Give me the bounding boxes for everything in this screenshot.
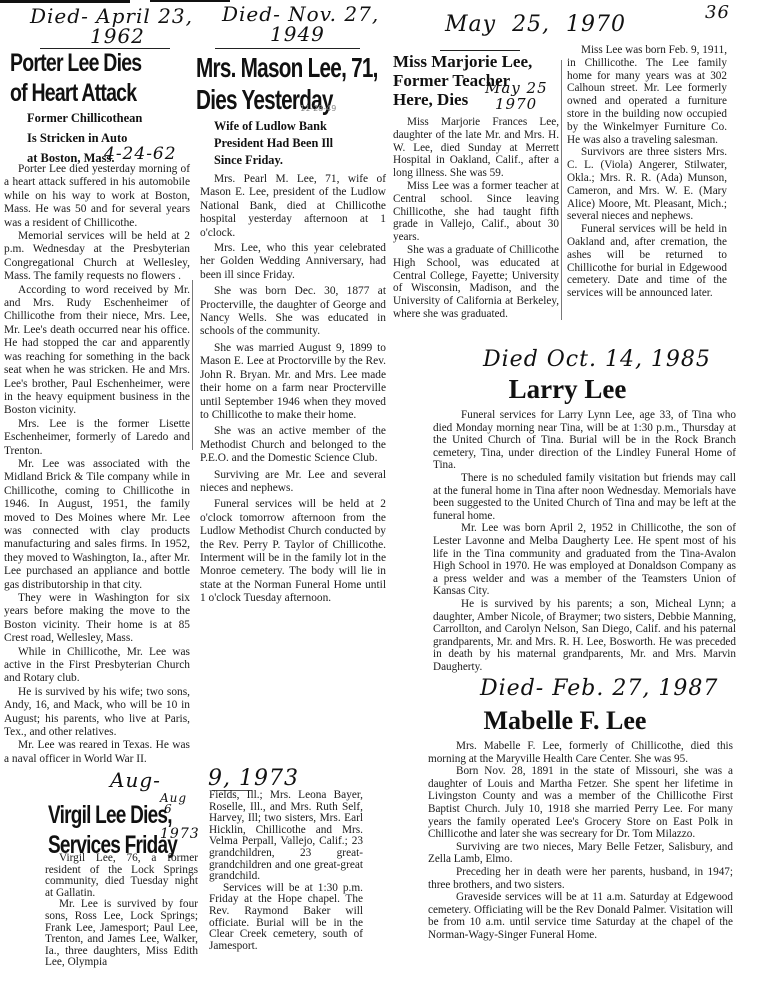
subheadline-line: President Had Been Ill	[214, 135, 384, 152]
divider	[440, 50, 520, 51]
handwritten-date: 9, 1973	[208, 766, 299, 791]
headline-line: Mrs. Mason Lee, 71,	[196, 52, 388, 84]
handwritten-year: 1973	[160, 826, 200, 842]
paragraph: According to word received by Mr. and Mr…	[4, 284, 190, 418]
paragraph: There is no scheduled family visitation …	[433, 472, 736, 522]
paragraph: Mr. Lee is survived by four sons, Ross L…	[45, 899, 198, 969]
headline: Mrs. Mason Lee, 71, Dies Yesterday	[196, 52, 388, 116]
paragraph: Mr. Lee was reared in Texas. He was a na…	[4, 739, 190, 766]
paragraph: Graveside services will be at 11 a.m. Sa…	[428, 891, 733, 941]
stamped-date: 11-28-49	[300, 104, 336, 113]
paragraph: Services will be at 1:30 p.m. Friday at …	[209, 883, 363, 953]
paragraph: He is survived by his wife; two sons, An…	[4, 686, 190, 740]
subheadline: Wife of Ludlow Bank President Had Been I…	[214, 118, 384, 169]
page-number-note: 36	[705, 2, 730, 23]
paragraph: While in Chillicothe, Mr. Lee was active…	[4, 646, 190, 686]
headline: Porter Lee Dies of Heart Attack	[10, 48, 182, 108]
paragraph: Survivors are three sisters Mrs. C. L. (…	[567, 146, 727, 223]
paragraph: Fields, Ill.; Mrs. Leona Bayer, Roselle,…	[209, 790, 363, 883]
paragraph: Mr. Lee was born April 2, 1952 in Chilli…	[433, 522, 736, 598]
paragraph: Mrs. Pearl M. Lee, 71, wife of Mason E. …	[200, 173, 386, 240]
article-body: Funeral services for Larry Lynn Lee, age…	[433, 409, 736, 673]
headline: Larry Lee	[480, 374, 655, 404]
paragraph: Funeral services for Larry Lynn Lee, age…	[433, 409, 736, 472]
paragraph: Miss Lee was a former teacher at Central…	[393, 180, 559, 244]
subheadline-line: Former Chillicothean	[27, 108, 187, 128]
paragraph: Mrs. Mabelle F. Lee, formerly of Chillic…	[428, 740, 733, 765]
column-separator	[561, 60, 562, 320]
paragraph: Virgil Lee, 76, a former resident of the…	[45, 853, 198, 899]
paragraph: Surviving are two nieces, Mary Belle Fet…	[428, 841, 733, 866]
subheadline-line: Since Friday.	[214, 152, 384, 169]
handwritten-date: 4-24-62	[104, 144, 177, 164]
article-body: Miss Marjorie Frances Lee, daughter of t…	[393, 116, 559, 321]
handwritten-date-line: 6	[160, 804, 187, 815]
handwritten-month: Aug-	[110, 768, 161, 792]
paragraph: Mrs. Lee, who this year celebrated her G…	[200, 242, 386, 282]
article-body: Mrs. Pearl M. Lee, 71, wife of Mason E. …	[200, 173, 386, 606]
paragraph: Mrs. Lee is the former Lisette Eschenhei…	[4, 418, 190, 458]
paragraph: Funeral services will be held in Oakland…	[567, 223, 727, 300]
handwritten-date: May 25 1970	[485, 80, 548, 112]
article-body: Mrs. Mabelle F. Lee, formerly of Chillic…	[428, 740, 733, 942]
paragraph: Memorial services will be held at 2 p.m.…	[4, 230, 190, 284]
article-body: Porter Lee died yesterday morning of a h…	[4, 163, 190, 766]
scan-border	[0, 0, 130, 3]
subheadline-line: Wife of Ludlow Bank	[214, 118, 384, 135]
headline-line: Dies Yesterday	[196, 84, 388, 116]
paragraph: Funeral services will be held at 2 o'clo…	[200, 498, 386, 605]
handwritten-year: 1949	[270, 22, 325, 46]
headline: Mabelle F. Lee	[455, 706, 675, 736]
paragraph: Preceding her in death were her parents,…	[428, 866, 733, 891]
handwritten-date: Aug 6	[160, 793, 187, 815]
handwritten-date: Died Oct. 14, 1985	[483, 347, 711, 372]
divider	[215, 48, 360, 49]
handwritten-year: 1962	[90, 24, 145, 48]
headline-line: of Heart Attack	[10, 78, 182, 108]
paragraph: Mr. Lee was associated with the Midland …	[4, 458, 190, 592]
paragraph: He is survived by his parents; a son, Mi…	[433, 598, 736, 674]
article-body-continued: Miss Lee was born Feb. 9, 1911, in Chill…	[567, 44, 727, 300]
paragraph: Porter Lee died yesterday morning of a h…	[4, 163, 190, 230]
handwritten-date-line: May 25	[485, 80, 548, 96]
article-body: Virgil Lee, 76, a former resident of the…	[45, 853, 198, 969]
article-body-continued: Fields, Ill.; Mrs. Leona Bayer, Roselle,…	[209, 790, 363, 952]
paragraph: She was an active member of the Methodis…	[200, 425, 386, 465]
paragraph: Miss Lee was born Feb. 9, 1911, in Chill…	[567, 44, 727, 146]
paragraph: She was married August 9, 1899 to Mason …	[200, 342, 386, 422]
handwritten-date-line: 1970	[485, 96, 548, 112]
handwritten-date: Died- Feb. 27, 1987	[480, 676, 718, 701]
scan-border	[150, 0, 230, 2]
handwritten-date: May 25, 1970	[445, 12, 626, 37]
paragraph: They were in Washington for six years be…	[4, 592, 190, 646]
paragraph: Miss Marjorie Frances Lee, daughter of t…	[393, 116, 559, 180]
paragraph: Born Nov. 28, 1891 in the state of Misso…	[428, 765, 733, 841]
paragraph: She was born Dec. 30, 1877 at Proctervil…	[200, 285, 386, 339]
headline-line: Porter Lee Dies	[10, 48, 182, 78]
paragraph: She was a graduate of Chillicothe High S…	[393, 244, 559, 321]
clipping-edge	[192, 280, 193, 450]
headline-line: Miss Marjorie Lee,	[393, 52, 573, 71]
paragraph: Surviving are Mr. Lee and several nieces…	[200, 469, 386, 496]
